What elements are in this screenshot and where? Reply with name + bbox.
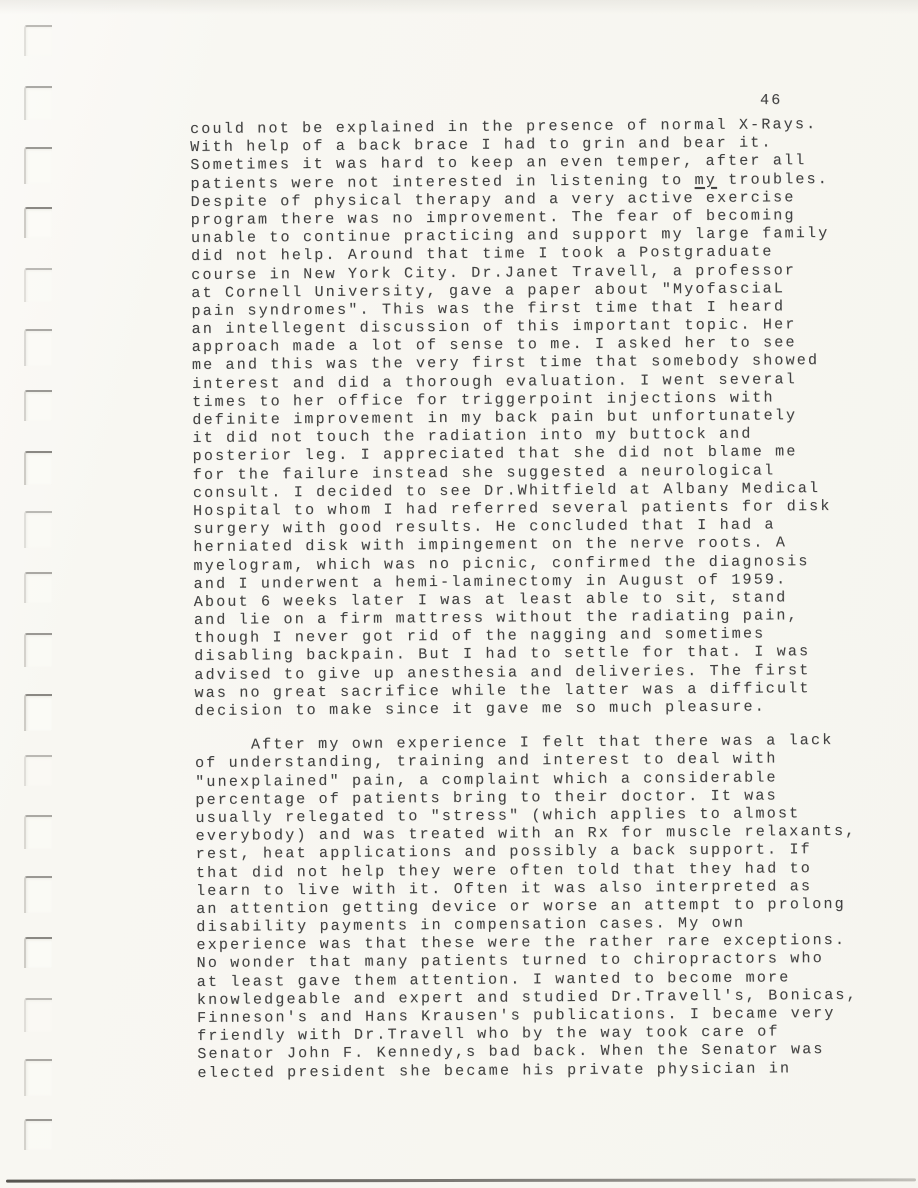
- text-line: decision to make since it gave me so muc…: [195, 698, 856, 721]
- paragraph: After my own experience I felt that ther…: [195, 732, 859, 1083]
- binding-hole-mark: [24, 998, 52, 1032]
- binding-hole-mark: [24, 329, 52, 366]
- binding-hole-mark: [24, 694, 52, 731]
- underlined-word: my: [694, 171, 717, 188]
- binding-hole-mark: [24, 86, 52, 120]
- binding-hole-mark: [24, 147, 52, 184]
- scanned-page: 46 could not be explained in the presenc…: [0, 0, 918, 1188]
- binding-hole-mark: [24, 451, 52, 485]
- paragraph: could not be explained in the presence o…: [190, 116, 856, 721]
- typed-text: could not be explained in the presence o…: [190, 116, 858, 1083]
- page-bottom-edge-line: [6, 1178, 916, 1182]
- binding-hole-mark: [24, 390, 52, 421]
- binding-hole-mark: [24, 876, 52, 913]
- binding-hole-mark: [24, 1059, 52, 1096]
- text-segment: patients were not interested in listenin…: [190, 172, 694, 193]
- binding-hole-mark: [24, 755, 52, 786]
- binding-hole-mark: [24, 207, 52, 238]
- binding-hole-mark: [24, 1119, 52, 1150]
- binding-hole-mark: [24, 633, 52, 667]
- binding-hole-mark: [24, 815, 52, 849]
- binding-hole-mark: [24, 937, 52, 968]
- binding-marks: [0, 0, 70, 1188]
- binding-hole-mark: [24, 25, 52, 56]
- binding-hole-mark: [24, 268, 52, 302]
- binding-hole-mark: [24, 572, 52, 603]
- binding-hole-mark: [24, 511, 52, 548]
- text-segment: troubles.: [717, 171, 829, 189]
- page-number: 46: [760, 92, 782, 109]
